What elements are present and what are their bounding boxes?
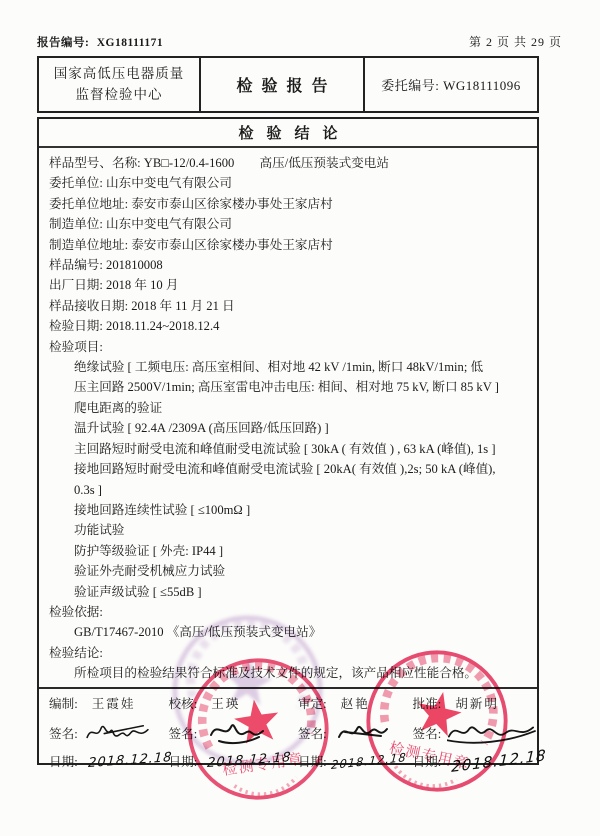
checked-by-name: 王瑛: [211, 693, 240, 712]
approved-by-label: 批准:: [413, 693, 442, 712]
date-cell-4: 日期: 2018.12.18: [403, 751, 537, 770]
item-function-test: 功能试验: [49, 520, 529, 540]
field-sample-received-date: 样品接收日期: 2018 年 11 月 21 日: [49, 296, 529, 316]
field-inspection-date: 检验日期: 2018.11.24~2018.12.4: [49, 316, 529, 336]
handwritten-signature-2: [203, 717, 269, 747]
report-number: 报告编号: XG18111171: [37, 34, 163, 50]
handwritten-date-3: 2018.12.18: [330, 750, 406, 772]
signature-label-3: 签名:: [298, 723, 327, 742]
signoff-roles-row: 编制: 王霞娃 校核: 王瑛 审定: 赵艳 批准: 胡新明: [39, 689, 537, 716]
handwritten-date-4: 2018.12.18: [451, 746, 547, 776]
checked-by-label: 校核:: [169, 693, 198, 712]
date-label-4: 日期:: [413, 751, 442, 770]
conclusion-box: 检验结论 样品型号、名称: YB□-12/0.4-1600 高压/低压预装式变电…: [37, 117, 539, 765]
commission-number-value: WG18111096: [443, 78, 521, 93]
item-insulation-test-2: 压主回路 2500V/1min; 高压室雷电冲击电压: 相间、相对地 75 kV…: [49, 377, 529, 397]
signature-label-1: 签名:: [49, 723, 78, 742]
signature-label-4: 签名:: [413, 723, 442, 742]
date-cell-3: 日期: 2018.12.18: [288, 751, 403, 770]
field-sample-number: 样品编号: 201810008: [49, 255, 529, 275]
signature-cell-2: 签名:: [159, 717, 288, 747]
issuing-organization: 国家高低压电器质量 监督检验中心: [39, 58, 199, 111]
report-number-label: 报告编号:: [37, 37, 89, 49]
handwritten-signature-4: [447, 717, 537, 747]
inspection-items-heading: 检验项目:: [49, 337, 529, 357]
commission-number-label: 委托编号:: [381, 78, 439, 93]
signoff-signatures-row: 签名: 签名: 签名:: [39, 716, 537, 749]
handwritten-signature-1: [84, 717, 159, 747]
field-sample-model: 样品型号、名称: YB□-12/0.4-1600 高压/低压预装式变电站: [49, 153, 529, 173]
role-approved-by: 批准: 胡新明: [403, 693, 537, 712]
item-creepage-distance: 爬电距离的验证: [49, 398, 529, 418]
signature-cell-3: 签名:: [288, 717, 403, 747]
handwritten-signature-3: [333, 717, 391, 747]
item-temperature-rise: 温升试验 [ 92.4A /2309A (高压回路/低压回路) ]: [49, 418, 529, 438]
page-indicator: 第 2 页 共 29 页: [469, 33, 562, 50]
item-mechanical-stress: 验证外壳耐受机械应力试验: [49, 561, 529, 581]
reviewed-by-name: 赵艳: [341, 693, 370, 712]
item-earth-circuit-withstand-1: 接地回路短时耐受电流和峰值耐受电流试验 [ 20kA( 有效值 ),2s; 50…: [49, 459, 529, 479]
signature-cell-4: 签名:: [403, 717, 537, 747]
item-main-circuit-withstand: 主回路短时耐受电流和峰值耐受电流试验 [ 30kA ( 有效值 ) , 63 k…: [49, 439, 529, 459]
signature-cell-1: 签名:: [39, 717, 159, 747]
report-title: 检验报告: [199, 58, 365, 111]
item-ip-rating: 防护等级验证 [ 外壳: IP44 ]: [49, 541, 529, 561]
field-client: 委托单位: 山东中变电气有限公司: [49, 173, 529, 193]
role-prepared-by: 编制: 王霞娃: [39, 693, 159, 712]
date-label-2: 日期:: [169, 751, 198, 770]
item-earth-continuity: 接地回路连续性试验 [ ≤100mΩ ]: [49, 500, 529, 520]
date-cell-1: 日期: 2018.12.18: [39, 751, 159, 770]
item-insulation-test-1: 绝缘试验 [ 工频电压: 高压室相间、相对地 42 kV /1min, 断口 4…: [49, 357, 529, 377]
inspection-basis-heading: 检验依据:: [49, 602, 529, 622]
field-client-address: 委托单位地址: 泰安市泰山区徐家楼办事处王家店村: [49, 194, 529, 214]
org-name-line2: 监督检验中心: [76, 85, 163, 105]
item-earth-circuit-withstand-2: 0.3s ]: [49, 480, 529, 500]
report-body: 样品型号、名称: YB□-12/0.4-1600 高压/低压预装式变电站 委托单…: [39, 148, 537, 684]
date-label-1: 日期:: [49, 751, 78, 770]
report-number-value: XG18111171: [97, 37, 163, 49]
item-sound-level: 验证声级试验 [ ≤55dB ]: [49, 582, 529, 602]
signoff-dates-row: 日期: 2018.12.18 日期: 2018.12.18 日期: 2018.1…: [39, 749, 537, 773]
prepared-by-label: 编制:: [49, 693, 78, 712]
field-manufacturer: 制造单位: 山东中变电气有限公司: [49, 214, 529, 234]
conclusion-statement: 所检项目的检验结果符合标准及技术文件的规定，该产品相应性能合格。: [49, 663, 529, 683]
prepared-by-name: 王霞娃: [92, 693, 136, 712]
report-header-table: 国家高低压电器质量 监督检验中心 检验报告 委托编号: WG18111096: [37, 56, 539, 113]
conclusion-heading: 检验结论:: [49, 643, 529, 663]
approved-by-name: 胡新明: [455, 693, 499, 712]
reviewed-by-label: 审定:: [298, 693, 327, 712]
date-label-3: 日期:: [298, 751, 327, 770]
handwritten-date-2: 2018.12.18: [207, 750, 292, 771]
signoff-block: 编制: 王霞娃 校核: 王瑛 审定: 赵艳 批准: 胡新明 签名:: [39, 687, 537, 773]
role-reviewed-by: 审定: 赵艳: [288, 693, 403, 712]
field-production-date: 出厂日期: 2018 年 10 月: [49, 275, 529, 295]
signature-label-2: 签名:: [169, 723, 198, 742]
field-manufacturer-address: 制造单位地址: 泰安市泰山区徐家楼办事处王家店村: [49, 235, 529, 255]
page-meta-row: 报告编号: XG18111171 第 2 页 共 29 页: [37, 33, 562, 50]
date-cell-2: 日期: 2018.12.18: [159, 751, 288, 770]
inspection-basis-standard: GB/T17467-2010 《高压/低压预装式变电站》: [49, 622, 529, 642]
org-name-line1: 国家高低压电器质量: [54, 64, 185, 84]
section-title: 检验结论: [39, 119, 537, 148]
scanned-report-page: 报告编号: XG18111171 第 2 页 共 29 页 国家高低压电器质量 …: [0, 0, 600, 836]
role-checked-by: 校核: 王瑛: [159, 693, 288, 712]
commission-number: 委托编号: WG18111096: [365, 58, 537, 111]
